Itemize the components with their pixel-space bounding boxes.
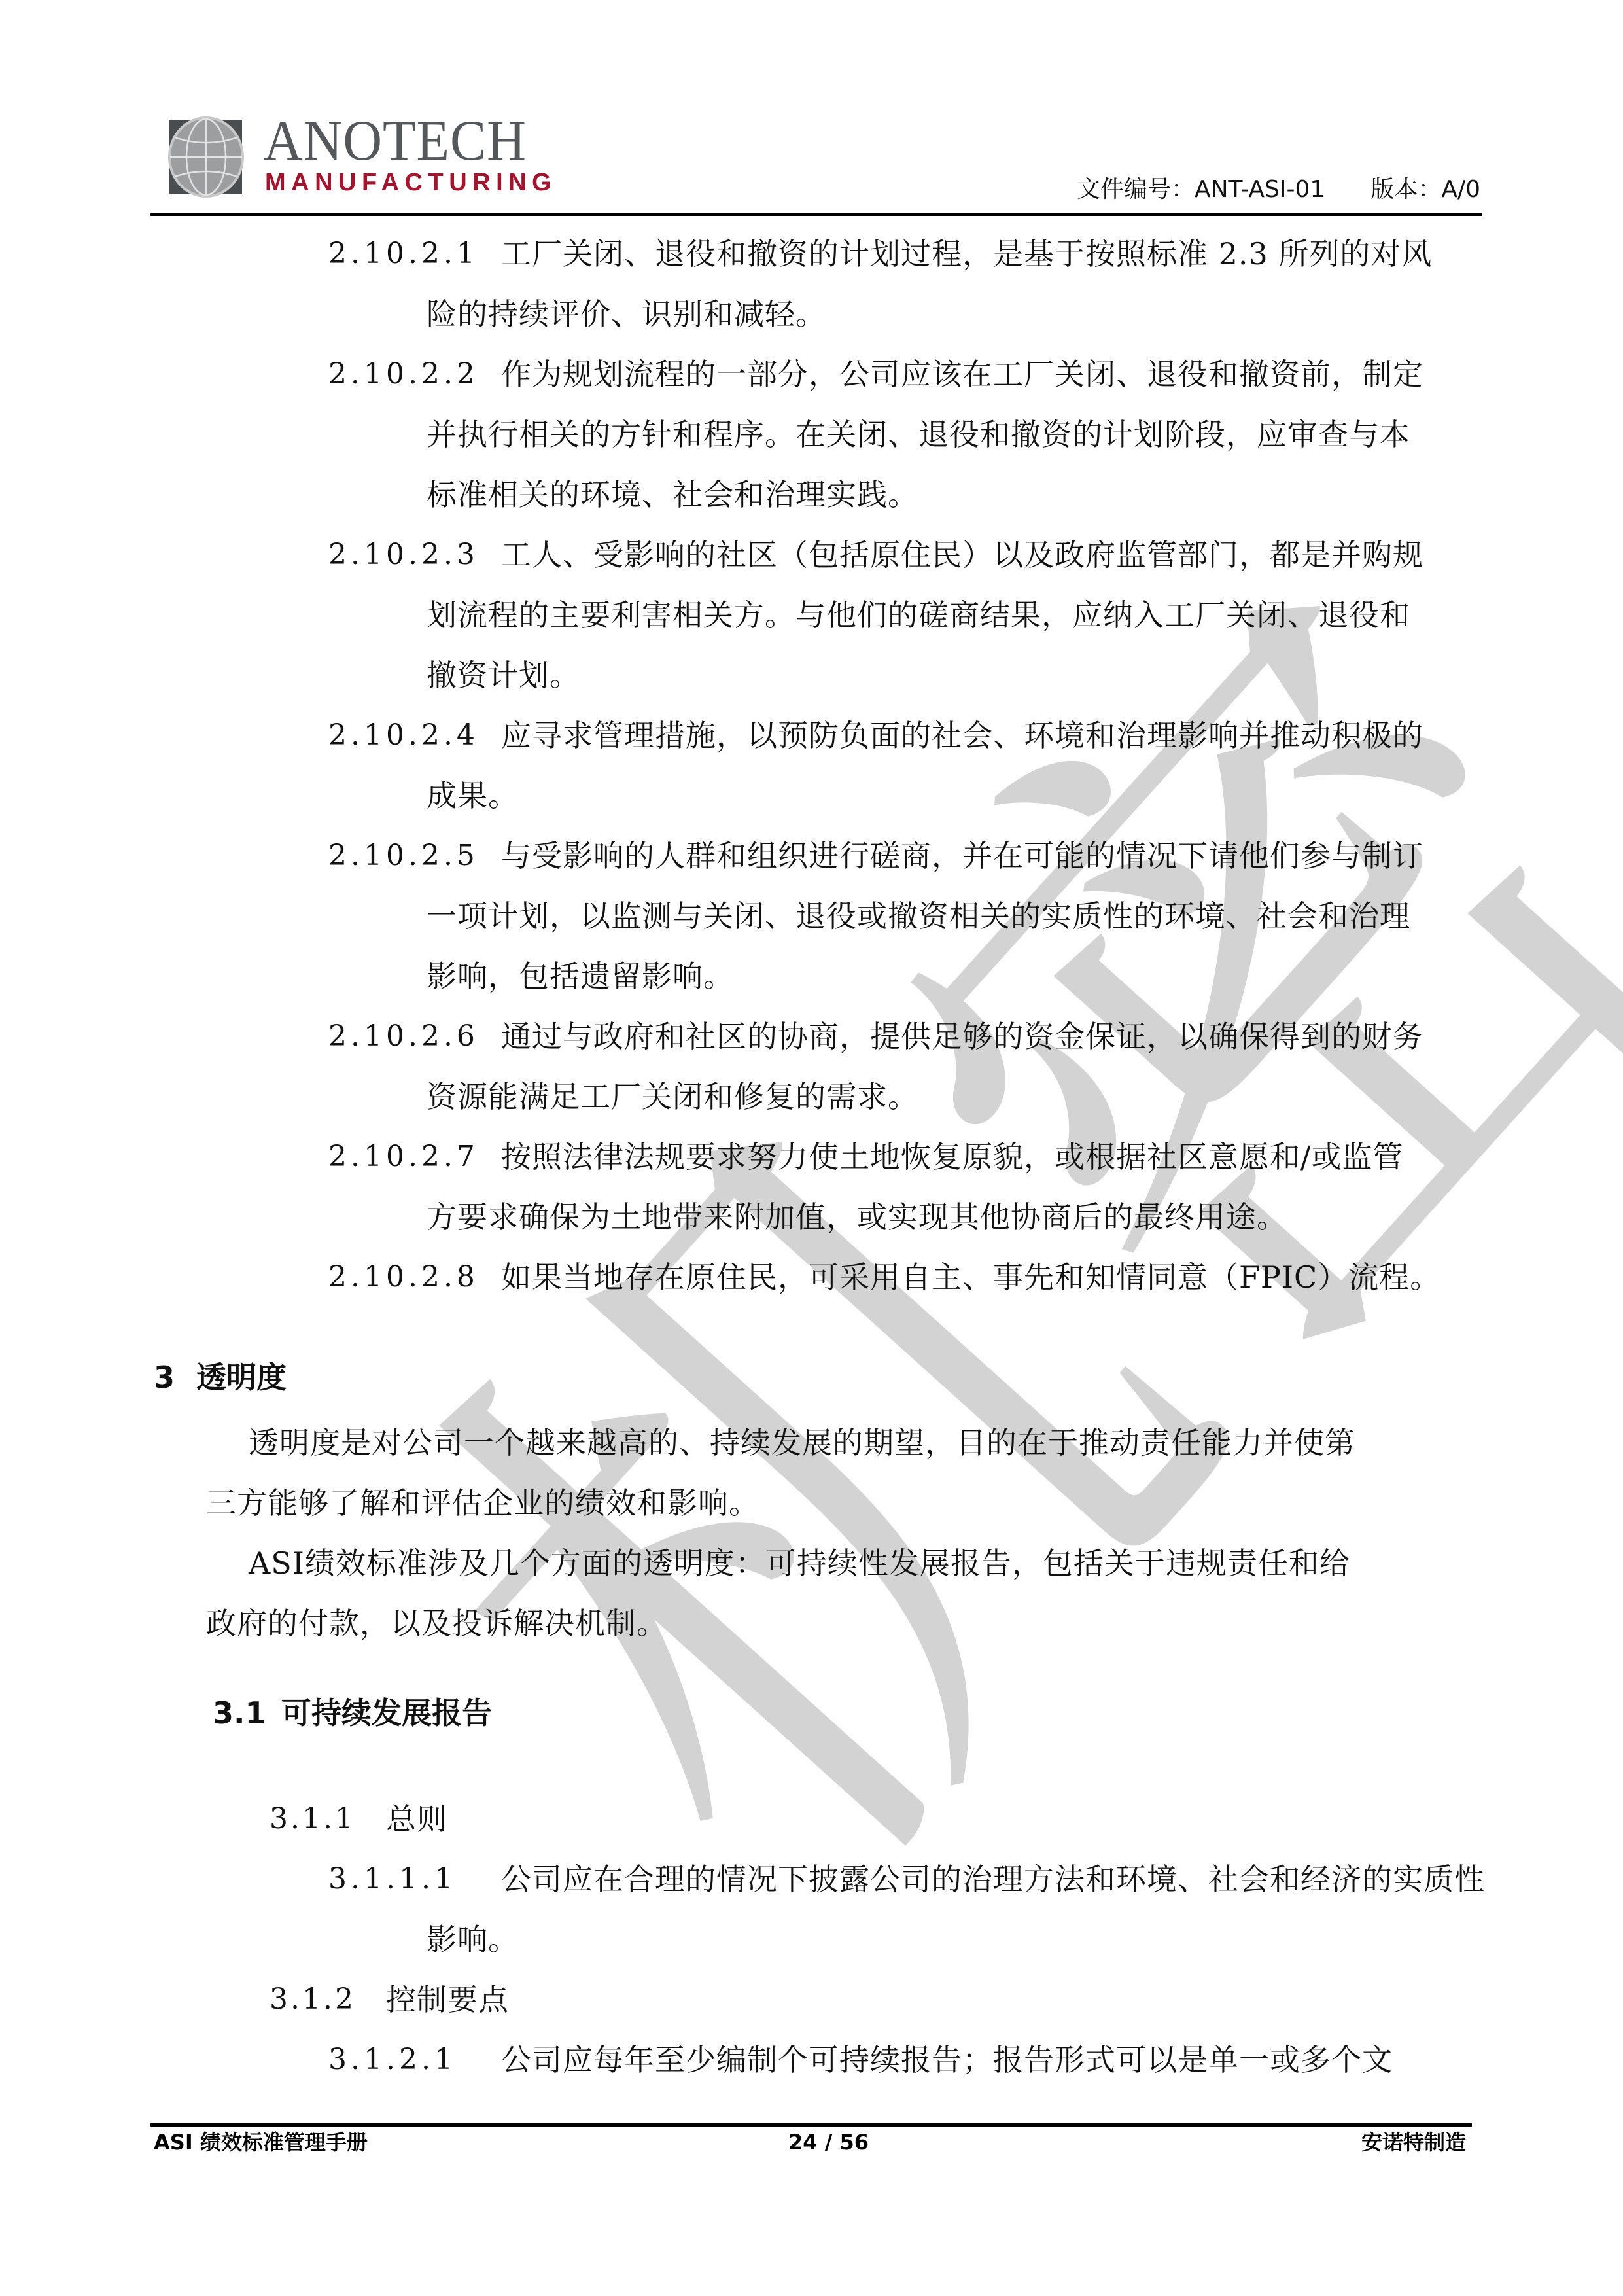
globe-icon bbox=[166, 116, 247, 198]
clause-text: 方要求确保为土地带来附加值，或实现其他协商后的最终用途。 bbox=[427, 1201, 1287, 1233]
paragraph-line: 政府的付款，以及投诉解决机制。 bbox=[206, 1607, 667, 1640]
clause-text: 工人、受影响的社区（包括原住民）以及政府监管部门，都是并购规 bbox=[501, 539, 1423, 571]
footer-divider bbox=[150, 2123, 1472, 2127]
footer-manual-title: ASI 绩效标准管理手册 bbox=[154, 2130, 368, 2154]
clause-text: 作为规划流程的一部分，公司应该在工厂关闭、退役和撤资前，制定 bbox=[501, 358, 1423, 391]
logo-wordmark: ANOTECH bbox=[264, 113, 527, 170]
clause-number: 2.10.2.4 bbox=[328, 719, 479, 752]
clause-number: 2.10.2.2 bbox=[328, 358, 479, 391]
clause-text: 险的持续评价、识别和减轻。 bbox=[427, 298, 826, 330]
clause-text: 工厂关闭、退役和撤资的计划过程，是基于按照标准 2.3 所列的对风 bbox=[501, 238, 1432, 270]
clause-text: 公司应每年至少编制个可持续报告；报告形式可以是单一或多个文 bbox=[501, 2043, 1393, 2076]
paragraph-line: 三方能够了解和评估企业的绩效和影响。 bbox=[206, 1487, 759, 1519]
doc-number: 文件编号：ANT-ASI-01 bbox=[1077, 176, 1325, 203]
subsection-number: 3.1 bbox=[213, 1697, 266, 1729]
clause-number: 3.1.2.1 bbox=[328, 2043, 457, 2076]
section-title: 透明度 bbox=[196, 1361, 287, 1394]
clause-text: 应寻求管理措施，以预防负面的社会、环境和治理影响并推动积极的 bbox=[501, 719, 1423, 752]
clause-text: 标准相关的环境、社会和治理实践。 bbox=[427, 478, 918, 511]
clause-number: 2.10.2.8 bbox=[328, 1261, 479, 1294]
clause-text: 影响，包括遗留影响。 bbox=[427, 960, 734, 993]
clause-text: 按照法律法规要求努力使土地恢复原貌，或根据社区意愿和/或监管 bbox=[501, 1140, 1404, 1173]
clause-text: 通过与政府和社区的协商，提供足够的资金保证，以确保得到的财务 bbox=[501, 1020, 1423, 1053]
subsection-title: 可持续发展报告 bbox=[281, 1697, 492, 1729]
clause-text: 一项计划，以监测与关闭、退役或撤资相关的实质性的环境、社会和治理 bbox=[427, 900, 1410, 932]
clause-number: 3.1.1.1 bbox=[328, 1863, 457, 1896]
document-meta: 文件编号：ANT-ASI-01版本：A/0 bbox=[1077, 175, 1480, 204]
subsubsection-title: 总则 bbox=[386, 1803, 447, 1835]
subsubsection-title: 控制要点 bbox=[386, 1983, 509, 2016]
subsubsection-number: 3.1.1 bbox=[270, 1803, 356, 1835]
clause-number: 2.10.2.6 bbox=[328, 1020, 479, 1053]
doc-version: 版本：A/0 bbox=[1370, 176, 1480, 203]
clause-number: 2.10.2.1 bbox=[328, 238, 479, 270]
clause-number: 2.10.2.3 bbox=[328, 539, 479, 571]
clause-text: 公司应在合理的情况下披露公司的治理方法和环境、社会和经济的实质性 bbox=[501, 1863, 1485, 1896]
clause-text: 资源能满足工厂关闭和修复的需求。 bbox=[427, 1080, 918, 1113]
page-number: 24 / 56 bbox=[788, 2130, 869, 2154]
clause-number: 2.10.2.7 bbox=[328, 1140, 479, 1173]
clause-text: 如果当地存在原住民，可采用自主、事先和知情同意（FPIC）流程。 bbox=[501, 1261, 1440, 1294]
clause-text: 影响。 bbox=[427, 1923, 519, 1956]
clause-number: 2.10.2.5 bbox=[328, 839, 479, 872]
clause-text: 并执行相关的方针和程序。在关闭、退役和撤资的计划阶段，应审查与本 bbox=[427, 418, 1410, 451]
paragraph-line: ASI绩效标准涉及几个方面的透明度：可持续性发展报告，包括关于违规责任和给 bbox=[249, 1547, 1350, 1580]
logo-subtitle: MANUFACTURING bbox=[265, 170, 557, 195]
section-number: 3 bbox=[154, 1361, 175, 1394]
clause-text: 划流程的主要利害相关方。与他们的磋商结果，应纳入工厂关闭、退役和 bbox=[427, 599, 1410, 631]
header-divider bbox=[150, 213, 1482, 216]
subsubsection-number: 3.1.2 bbox=[270, 1983, 356, 2016]
clause-text: 与受影响的人群和组织进行磋商，并在可能的情况下请他们参与制订 bbox=[501, 839, 1423, 872]
clause-text: 成果。 bbox=[427, 779, 519, 812]
clause-text: 撤资计划。 bbox=[427, 659, 580, 692]
paragraph-line: 透明度是对公司一个越来越高的、持续发展的期望，目的在于推动责任能力并使第 bbox=[249, 1426, 1355, 1459]
footer-company: 安诺特制造 bbox=[1361, 2130, 1466, 2154]
